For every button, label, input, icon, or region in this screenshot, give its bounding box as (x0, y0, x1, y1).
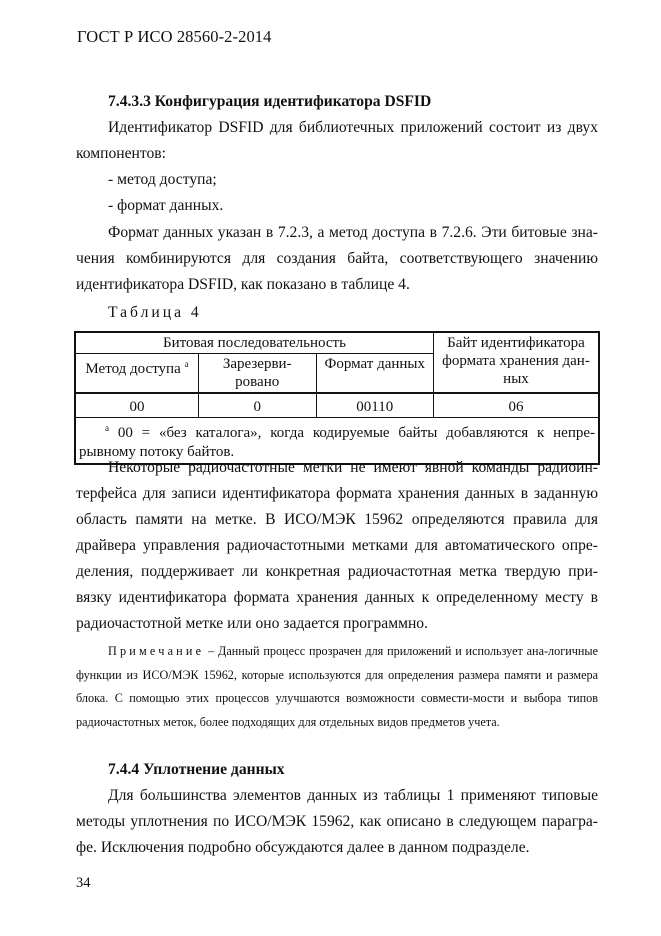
cell-dsfid-byte: 06 (433, 393, 599, 418)
header-reserved: Зарезерви-ровано (198, 354, 316, 394)
cell-data-format: 00110 (316, 393, 433, 418)
note: Примечание – Данный процесс прозрачен дл… (76, 640, 598, 734)
header-bit-sequence: Битовая последовательность (75, 332, 433, 354)
paragraph-compaction: Для большинства элементов данных из табл… (76, 783, 598, 861)
header-access-method: Метод доступа a (75, 354, 198, 394)
paragraph-bit-values: Формат данных указан в 7.2.3, а метод до… (76, 220, 598, 298)
header-dsfid-byte: Байт идентификатора формата хранения дан… (433, 332, 599, 393)
cell-reserved: 0 (198, 393, 316, 418)
intro-paragraph: Идентификатор DSFID для библиотечных при… (76, 115, 598, 167)
section-heading-7-4-3-3: 7.4.3.3 Конфигурация идентификатора DSFI… (76, 89, 598, 115)
document-page: ГОСТ Р ИСО 28560-2-2014 7.4.3.3 Конфигур… (0, 0, 661, 936)
list-item-access-method: - метод доступа; (76, 167, 598, 193)
header-data-format: Формат данных (316, 354, 433, 394)
cell-access-method: 00 (75, 393, 198, 418)
paragraph-rfid-tags: Некоторые радиочастотные метки не имеют … (76, 455, 598, 637)
list-item-data-format: - формат данных. (76, 193, 598, 219)
table-4: Битовая последовательность Байт идентифи… (74, 331, 600, 465)
table-caption: Таблица 4 (76, 300, 598, 326)
table-row: 00 0 00110 06 (75, 393, 599, 418)
section-heading-7-4-4: 7.4.4 Уплотнение данных (76, 757, 598, 783)
page-number: 34 (76, 875, 91, 892)
note-label: Примечание (108, 644, 204, 658)
running-header: ГОСТ Р ИСО 28560-2-2014 (77, 27, 272, 47)
footnote-marker: a (184, 359, 188, 369)
